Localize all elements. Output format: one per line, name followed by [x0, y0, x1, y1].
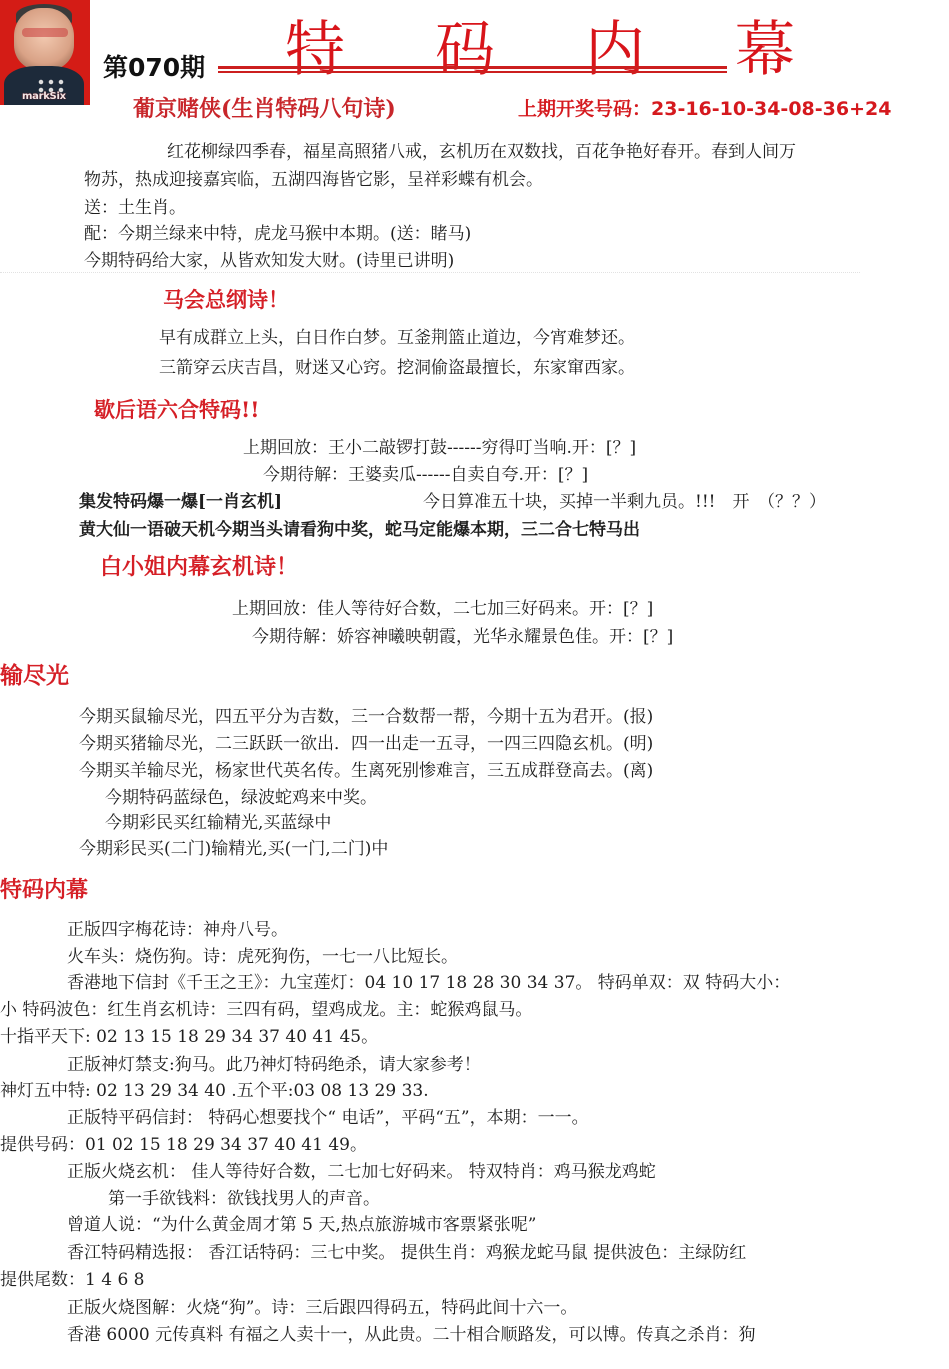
neimu-line: 正版神灯禁支:狗马。此乃神灯特码绝杀，请大家参考！	[67, 1050, 481, 1075]
neimu-line: 火车头：烧伤狗。诗：虎死狗伤，一七一八比短长。	[67, 942, 458, 967]
poem-line: 送：土生肖。	[84, 193, 186, 218]
mahui-line: 三箭穿云庆吉昌，财迷又心窍。挖洞偷盗最擅长，东家窜西家。	[159, 353, 635, 378]
title-char-1: 特	[285, 2, 435, 88]
section-divider	[0, 272, 860, 273]
neimu-line: 神灯五中特: 02 13 29 34 40 .五个平:03 08 13 29 3…	[0, 1076, 429, 1101]
poem-line: 物苏，热成迎接嘉宾临，五湖四海皆它影，呈祥彩蝶有机会。	[84, 165, 543, 190]
bai-line: 上期回放：佳人等待好合数，二七加三好码来。开：[？]	[232, 594, 653, 619]
title-underline-bottom	[218, 71, 727, 73]
bai-line: 今期待解：娇容神曦映朝霞，光华永耀景色佳。开：[？]	[252, 622, 673, 647]
section-heading-shujinguang: 输尽光	[0, 657, 69, 690]
jifa-label: 集发特码爆一爆[一肖玄机]	[79, 487, 282, 512]
section-heading-bai: 白小姐内幕玄机诗！	[100, 550, 298, 581]
shujinguang-line: 今期买猪输尽光，二三跃跃一欲出．四一出走一五寻，一四三四隐玄机。(明)	[79, 729, 653, 754]
title-char-4: 幕	[735, 2, 885, 88]
subtitle: 葡京赌侠(生肖特码八句诗)	[133, 92, 396, 123]
neimu-line: 香江特码精选报： 香江话特码：三七中奖。 提供生肖：鸡猴龙蛇马鼠 提供波色：主绿…	[67, 1238, 746, 1263]
neimu-line: 十指平天下: 02 13 15 18 29 34 37 40 41 45。	[0, 1022, 378, 1047]
neimu-line: 正版火烧玄机： 佳人等待好合数，二七加七好码来。 特双特肖：鸡马猴龙鸡蛇	[67, 1157, 656, 1182]
issue-number: 第070期	[103, 48, 205, 84]
shujinguang-line: 今期买羊输尽光，杨家世代英名传。生离死别惨难言，三五成群登高去。(离)	[79, 756, 653, 781]
neimu-line: 香港地下信封《千王之王》：九宝莲灯：04 10 17 18 28 30 34 3…	[67, 968, 790, 993]
page-title: 特码内幕	[285, 2, 885, 88]
avatar: markSix	[0, 0, 90, 105]
neimu-line: 提供号码：01 02 15 18 29 34 37 40 41 49。	[0, 1130, 367, 1155]
marksix-logo: markSix	[22, 91, 66, 102]
jifa-text: 今日算准五十块，买掉一半剩九员。!!! 开 （？？）	[423, 487, 826, 512]
poem-line: 红花柳绿四季春，福星高照猪八戒，玄机历在双数找，百花争艳好春开。春到人间万	[167, 137, 796, 162]
section-heading-neimu: 特码内幕	[0, 873, 88, 904]
neimu-line: 提供尾数：1 4 6 8	[0, 1265, 144, 1290]
neimu-line: 第一手欲钱料：欲钱找男人的声音。	[108, 1184, 380, 1209]
neimu-line: 小 特码波色：红生肖玄机诗：三四有码，望鸡成龙。主：蛇猴鸡鼠马。	[0, 995, 532, 1020]
avatar-glasses	[22, 28, 68, 37]
last-draw-label: 上期开奖号码：	[518, 98, 651, 120]
neimu-line: 曾道人说：“为什么黄金周才第 5 天,热点旅游城市客票紧张呢”	[67, 1210, 536, 1235]
shujinguang-line: 今期买鼠输尽光，四五平分为吉数，三一合数帮一帮，今期十五为君开。(报)	[79, 702, 653, 727]
last-draw-numbers: 23-16-10-34-08-36+24	[651, 98, 891, 120]
shujinguang-line: 今期特码蓝绿色，绿波蛇鸡来中奖。	[105, 783, 377, 808]
xiehouyu-line: 上期回放：王小二敲锣打鼓------穷得叮当响.开：[？]	[243, 433, 636, 458]
poem-line: 配：今期兰绿来中特，虎龙马猴中本期。(送：睹马)	[84, 219, 471, 244]
title-underline-top	[218, 66, 727, 69]
neimu-line: 香港 6000 元传真料 有福之人卖十一，从此贵。二十相合顺路发，可以博。传真之…	[67, 1320, 755, 1345]
huangdaxian-line: 黄大仙一语破天机今期当头请看狗中奖，蛇马定能爆本期，三二合七特马出	[79, 515, 640, 540]
poem-line: 今期特码给大家，从皆欢知发大财。(诗里已讲明)	[84, 246, 454, 271]
neimu-line: 正版四字梅花诗：神舟八号。	[67, 915, 288, 940]
shujinguang-line: 今期彩民买红输精光,买蓝绿中	[105, 808, 331, 833]
title-char-2: 码	[435, 2, 585, 88]
section-heading-mahui: 马会总纲诗！	[163, 284, 289, 314]
last-draw: 上期开奖号码：23-16-10-34-08-36+24	[518, 94, 891, 121]
mahui-line: 早有成群立上头，白日作白梦。互釜荆篮止道边，今宵难梦还。	[159, 323, 635, 348]
title-char-3: 内	[585, 2, 735, 88]
section-heading-xiehouyu: 歇后语六合特码!!	[94, 394, 259, 424]
xiehouyu-line: 今期待解：王婆卖瓜------自卖自夸.开：[？]	[263, 460, 588, 485]
neimu-line: 正版火烧图解：火烧“狗”。诗：三后跟四得码五，特码此间十六一。	[67, 1293, 577, 1318]
avatar-face	[14, 8, 74, 70]
neimu-line: 正版特平码信封： 特码心想要找个“ 电话”，平码“五”，本期：一一。	[67, 1103, 589, 1128]
shujinguang-line: 今期彩民买(二门)输精光,买(一门,二门)中	[79, 834, 388, 859]
